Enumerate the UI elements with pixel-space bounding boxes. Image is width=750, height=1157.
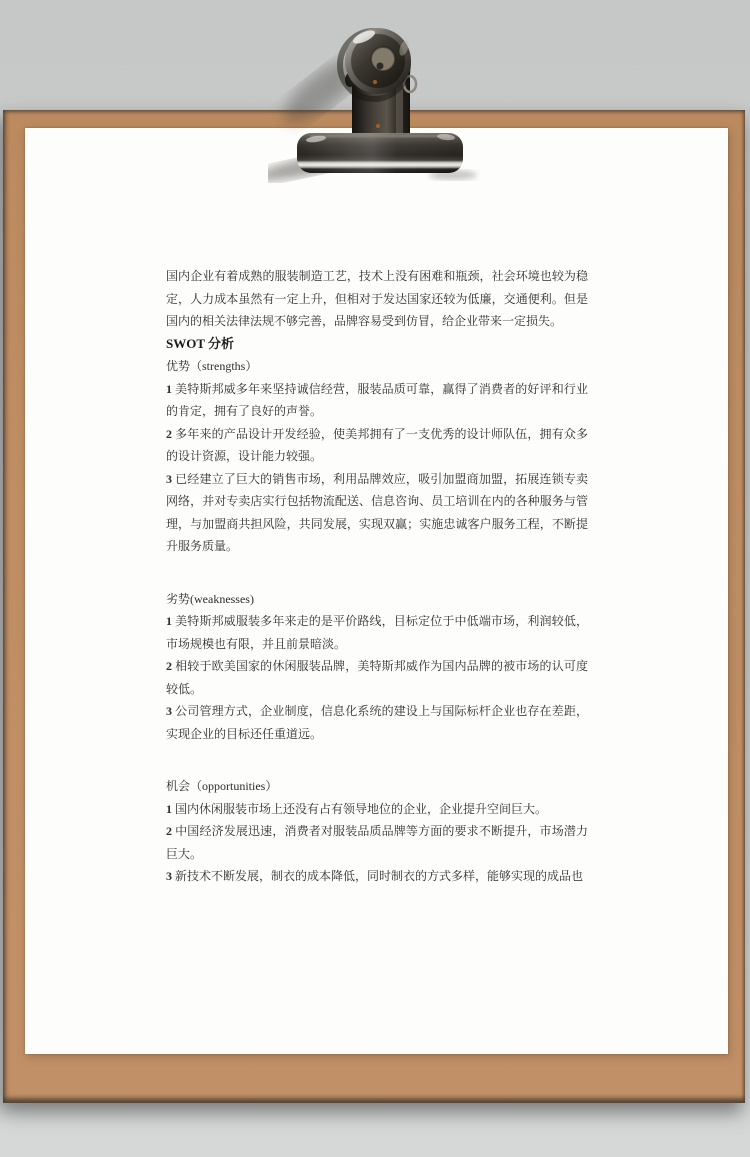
section-opportunities: 机会（opportunities） 1 国内休闲服装市场上还没有占有领导地位的企… <box>166 775 588 888</box>
weaknesses-item-1: 1 美特斯邦威服装多年来走的是平价路线，目标定位于中低端市场，利润较低，市场规模… <box>166 610 588 655</box>
binder-clip-icon <box>268 8 488 183</box>
opportunities-item-3: 3 新技术不断发展，制衣的成本降低，同时制衣的方式多样，能够实现的成品也 <box>166 865 588 888</box>
document-title: SWOT 分析 <box>166 333 588 356</box>
section-weaknesses: 劣势(weaknesses) 1 美特斯邦威服装多年来走的是平价路线，目标定位于… <box>166 588 588 746</box>
strengths-label: 优势（strengths） <box>166 355 588 378</box>
document-text: 国内企业有着成熟的服装制造工艺，技术上没有困难和瓶颈，社会环境也较为稳定，人力成… <box>166 265 588 888</box>
opportunities-label: 机会（opportunities） <box>166 775 588 798</box>
strengths-item-3: 3 已经建立了巨大的销售市场，利用品牌效应，吸引加盟商加盟，拓展连锁专卖网络，并… <box>166 468 588 558</box>
strengths-item-1: 1 美特斯邦威多年来坚持诚信经营，服装品质可靠，赢得了消费者的好评和行业的肯定，… <box>166 378 588 423</box>
section-strengths: 优势（strengths） 1 美特斯邦威多年来坚持诚信经营，服装品质可靠，赢得… <box>166 355 588 558</box>
clip-spring-circle <box>340 28 411 99</box>
intro-paragraph: 国内企业有着成熟的服装制造工艺，技术上没有困难和瓶颈，社会环境也较为稳定，人力成… <box>166 265 588 333</box>
opportunities-item-2: 2 中国经济发展迅速，消费者对服装品质品牌等方面的要求不断提升，市场潜力巨大。 <box>166 820 588 865</box>
opportunities-item-1: 1 国内休闲服装市场上还没有占有领导地位的企业，企业提升空间巨大。 <box>166 798 588 821</box>
weaknesses-item-2: 2 相较于欧美国家的休闲服装品牌，美特斯邦威作为国内品牌的被市场的认可度较低。 <box>166 655 588 700</box>
weaknesses-label: 劣势(weaknesses) <box>166 588 588 611</box>
strengths-item-2: 2 多年来的产品设计开发经验，使美邦拥有了一支优秀的设计师队伍，拥有众多的设计资… <box>166 423 588 468</box>
weaknesses-item-3: 3 公司管理方式，企业制度，信息化系统的建设上与国际标杆企业也存在差距，实现企业… <box>166 700 588 745</box>
